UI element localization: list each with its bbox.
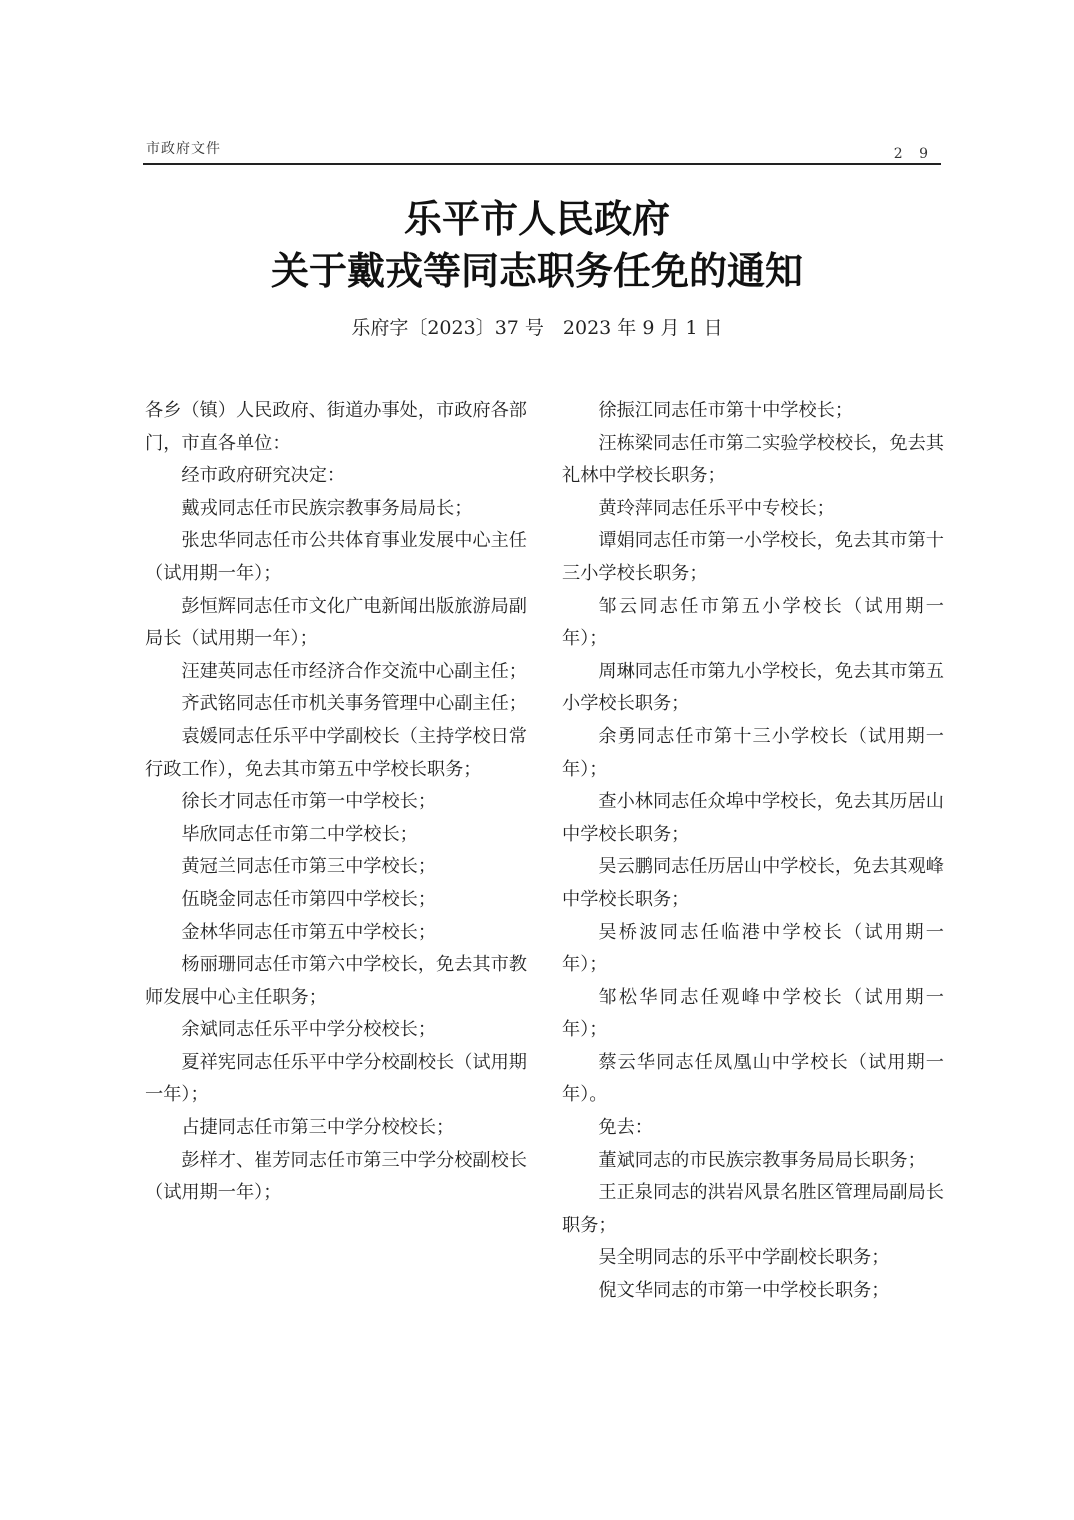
paragraph: 汪栋梁同志任市第二实验学校校长，免去其礼林中学校长职务； xyxy=(562,428,944,493)
paragraph-dismissal-heading: 免去： xyxy=(562,1112,944,1145)
paragraph: 王正泉同志的洪岩风景名胜区管理局副局长职务； xyxy=(562,1177,944,1242)
body-column-left: 各乡（镇）人民政府、街道办事处，市政府各部门，市直各单位： 经市政府研究决定： … xyxy=(145,395,527,1210)
paragraph: 查小林同志任众埠中学校长，免去其历居山中学校长职务； xyxy=(562,786,944,851)
paragraph: 彭样才、崔芳同志任市第三中学分校副校长（试用期一年）； xyxy=(145,1145,527,1210)
paragraph: 徐长才同志任市第一中学校长； xyxy=(145,786,527,819)
paragraph: 汪建英同志任市经济合作交流中心副主任； xyxy=(145,656,527,689)
document-reference: 乐府字〔2023〕37 号 2023 年 9 月 1 日 xyxy=(0,313,1074,340)
paragraph: 倪文华同志的市第一中学校长职务； xyxy=(562,1275,944,1308)
paragraph: 经市政府研究决定： xyxy=(145,460,527,493)
page-number: 2 9 xyxy=(894,146,934,162)
paragraph: 周琳同志任市第九小学校长，免去其市第五小学校长职务； xyxy=(562,656,944,721)
paragraph: 黄冠兰同志任市第三中学校长； xyxy=(145,851,527,884)
paragraph-addressee: 各乡（镇）人民政府、街道办事处，市政府各部门，市直各单位： xyxy=(145,395,527,460)
paragraph: 邹云同志任市第五小学校长（试用期一年）； xyxy=(562,591,944,656)
paragraph: 戴戎同志任市民族宗教事务局局长； xyxy=(145,493,527,526)
running-head: 市政府文件 xyxy=(146,138,221,158)
paragraph: 吴云鹏同志任历居山中学校长，免去其观峰中学校长职务； xyxy=(562,851,944,916)
body-column-right: 徐振江同志任市第十中学校长； 汪栋梁同志任市第二实验学校校长，免去其礼林中学校长… xyxy=(562,395,944,1308)
paragraph: 吴桥波同志任临港中学校长（试用期一年）； xyxy=(562,917,944,982)
paragraph: 蔡云华同志任凤凰山中学校长（试用期一年）。 xyxy=(562,1047,944,1112)
paragraph: 吴全明同志的乐平中学副校长职务； xyxy=(562,1242,944,1275)
paragraph: 邹松华同志任观峰中学校长（试用期一年）； xyxy=(562,982,944,1047)
paragraph: 彭恒辉同志任市文化广电新闻出版旅游局副局长（试用期一年）； xyxy=(145,591,527,656)
paragraph: 黄玲萍同志任乐平中专校长； xyxy=(562,493,944,526)
paragraph: 齐武铭同志任市机关事务管理中心副主任； xyxy=(145,688,527,721)
paragraph: 徐振江同志任市第十中学校长； xyxy=(562,395,944,428)
header-rule xyxy=(143,163,941,165)
paragraph: 夏祥宪同志任乐平中学分校副校长（试用期一年）； xyxy=(145,1047,527,1112)
paragraph: 金林华同志任市第五中学校长； xyxy=(145,917,527,950)
paragraph: 余勇同志任市第十三小学校长（试用期一年）； xyxy=(562,721,944,786)
paragraph: 张忠华同志任市公共体育事业发展中心主任（试用期一年）； xyxy=(145,525,527,590)
paragraph: 毕欣同志任市第二中学校长； xyxy=(145,819,527,852)
paragraph: 董斌同志的市民族宗教事务局局长职务； xyxy=(562,1145,944,1178)
document-title-line-1: 乐平市人民政府 xyxy=(0,188,1074,243)
paragraph: 杨丽珊同志任市第六中学校长，免去其市教师发展中心主任职务； xyxy=(145,949,527,1014)
paragraph: 占捷同志任市第三中学分校校长； xyxy=(145,1112,527,1145)
paragraph: 伍晓金同志任市第四中学校长； xyxy=(145,884,527,917)
paragraph: 余斌同志任乐平中学分校校长； xyxy=(145,1014,527,1047)
paragraph: 谭娟同志任市第一小学校长，免去其市第十三小学校长职务； xyxy=(562,525,944,590)
paragraph: 袁媛同志任乐平中学副校长（主持学校日常行政工作），免去其市第五中学校长职务； xyxy=(145,721,527,786)
document-title-line-2: 关于戴戎等同志职务任免的通知 xyxy=(0,240,1074,295)
